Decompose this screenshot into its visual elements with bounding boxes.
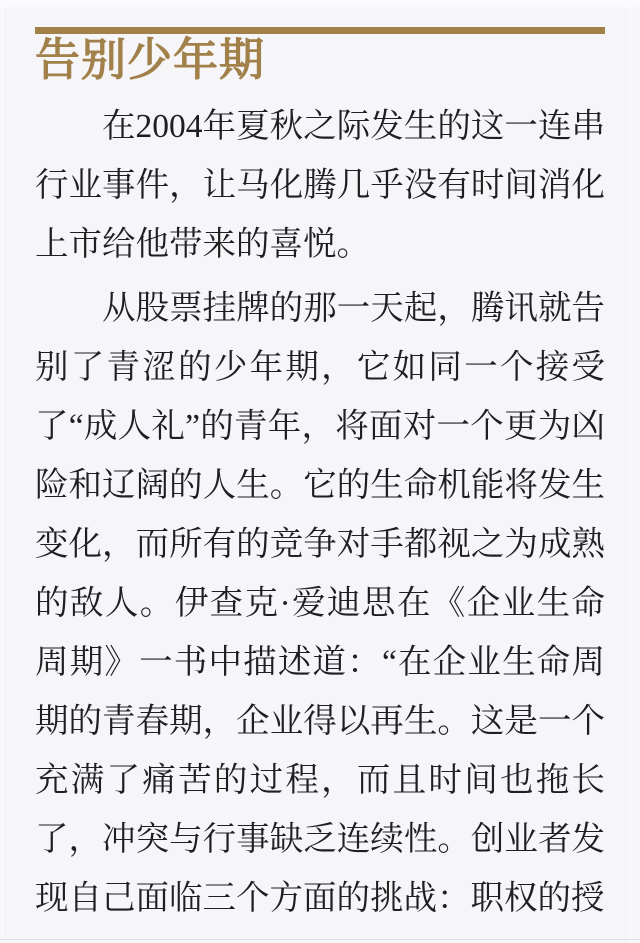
chapter-body-text: 在2004年夏秋之际发生的这一连串行业事件，让马化腾几乎没有时间消化上市给他带来… (35, 97, 605, 928)
page-top-edge (0, 0, 640, 7)
paragraph: 在2004年夏秋之际发生的这一连串行业事件，让马化腾几乎没有时间消化上市给他带来… (35, 97, 605, 274)
chapter-title: 告别少年期 (35, 34, 265, 86)
page-left-edge (2, 0, 3, 943)
page-right-edge (630, 0, 631, 943)
paragraph: 从股票挂牌的那一天起，腾讯就告别了青涩的少年期，它如同一个接受了“成人礼”的青年… (35, 279, 605, 928)
book-page: 告别少年期 在2004年夏秋之际发生的这一连串行业事件，让马化腾几乎没有时间消化… (0, 0, 640, 943)
chapter-title-rule (35, 27, 605, 34)
page-bottom-divider (0, 939, 640, 940)
